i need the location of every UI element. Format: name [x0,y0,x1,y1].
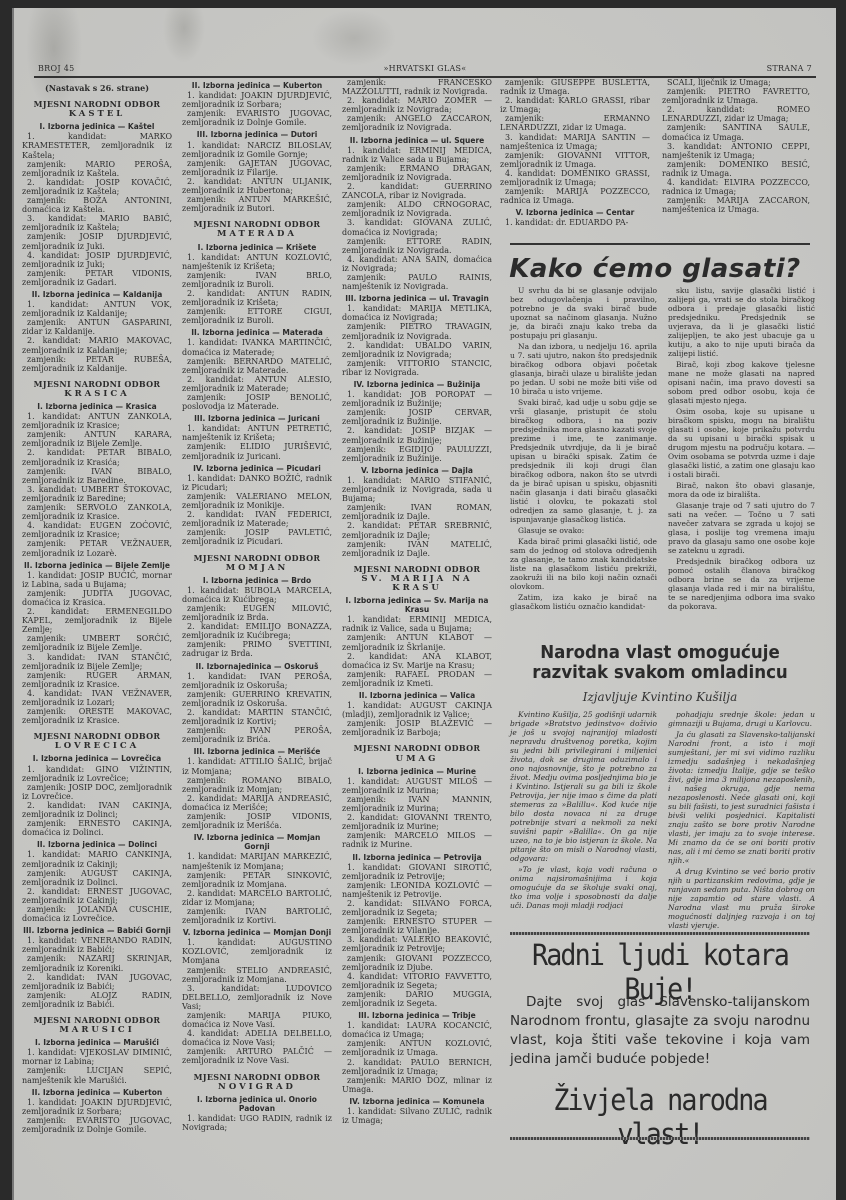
candidate-entry: zamjenik: ERMANO DRAGAN, zemljoradnik iz… [342,164,492,182]
candidate-entry: 1. kandidat: MARIJAN MARKEZIĆ, namješten… [182,852,332,870]
candidate-entry: 3. kandidat: VALERIO BEAKOVIĆ, zemljorad… [342,935,492,953]
subheadline-kvintino: Izjavljuje Kvintino Kušilja [505,690,815,704]
appeal-body: Dajte svoj glas Slavensko-talijanskom Na… [510,993,810,1069]
electoral-unit-heading: IV. Izborna jedinica — Bužinija [342,380,492,389]
candidate-entry: zamjenik: EVARISTO JUGOVAC, zemljoradnik… [182,109,332,127]
candidate-entry: 2. kandidat: KARLO GRASSI, ribar iz Umag… [500,96,650,114]
place-heading: MATERADA [182,230,332,239]
headline-kako-cemo-glasati: Kako ćemo glasati? [500,254,810,284]
place-heading: LOVRECICA [22,742,172,751]
candidate-entry: 1. kandidat: IVANKA MARTINČIĆ, domaćica … [182,338,332,356]
page-number: STRANA 7 [767,64,812,73]
candidate-entry: zamjenik: ROMANO BIBALO, zemljoradnik iz… [182,776,332,794]
electoral-unit-heading: I. Izborna jedinica — Lovrečica [22,754,172,763]
electoral-unit-heading: V. Izborna jedinica — Dajla [342,466,492,475]
candidate-entry: 1. kandidat: DANKO BOŽIĆ, radnik iz Picu… [182,474,332,492]
candidate-entry: 3. kandidat: MARIJA SANTIN — namještenic… [500,133,650,151]
electoral-unit-heading: III. Izborna jedinica — ul. Travagin [342,294,492,303]
article-paragraph: Birač, koji zbog kakove tjelesne mane ne… [668,360,815,405]
place-heading: NOVIGRAD [182,1083,332,1092]
candidate-entry: zamjenik: ETTORE CIGUI, zemljoradnik iz … [182,307,332,325]
article-paragraph: Ja ću glasati za Slavensko-talijanski Na… [668,730,815,865]
candidate-entry: 2. kandidat: PETAR BIBALO, zemljoradnik … [22,448,172,466]
candidate-entry: zamjenik: EVARISTO JUGOVAC, zemljoradnik… [22,1116,172,1134]
candidate-entry: zamjenik: ALDO CRNOGORAC, zemljoradnik i… [342,200,492,218]
article-paragraph: sku listu, savije glasački listić i zali… [668,286,815,358]
candidate-entry: 3. kandidat: LUDOVICO DELBELLO, zemljora… [182,984,332,1011]
committee-heading: MJESNI NARODNI ODBOR [182,554,332,563]
candidate-entry: 1. kandidat: MARIJA METLIKA, domaćica iz… [342,304,492,322]
candidate-entry: 2. kandidat: IVAN FEDERICI, zemljoradnik… [182,510,332,528]
candidate-entry: 1. kandidat: LAURA KOCANCIĆ, domaćica iz… [342,1021,492,1039]
electoral-unit-heading: IV. Izborna jedinica — Komunela [342,1097,492,1106]
candidate-entry: zamjenik: JOSIP DOC, zemljoradnik iz Lov… [22,783,172,801]
candidate-entry: zamjenik: GIUSEPPE BUSLETTA, radnik iz U… [500,78,650,96]
article-paragraph: U svrhu da bi se glasanje odvijalo bez o… [510,286,657,340]
article-paragraph: pohadjaju srednje škole: jedan u gimnazi… [668,710,815,728]
candidate-entry: 2. kandidat: JOSIP KOVAČIĆ, zemljoradnik… [22,178,172,196]
candidate-entry: zamjenik: ERNESTO CAKINJA, domaćica iz D… [22,819,172,837]
candidate-entry: 1. kandidat: ERMINIJ MEDICA, radnik iz V… [342,146,492,164]
candidate-entry: 4. kandidat: DOMENIKO GRASSI, zemljoradn… [500,169,650,187]
candidate-entry: zamjenik: IVAN MANNIN, zemljoradnik iz M… [342,795,492,813]
candidate-entry: 4. kandidat: IVAN VEŽNAVER, zemljoradnik… [22,689,172,707]
candidate-entry: 1. kandidat: NARCIZ BILOSLAV, zemljoradn… [182,141,332,159]
electoral-unit-heading: V. Izborna jedinica — Momjan Donji [182,928,332,937]
candidate-entry: zamjenik: IVAN MATELIĆ, zemljoradnik iz … [342,540,492,558]
candidate-entry: zamjenik: GUERRINO KREVATIN, zemljoradni… [182,690,332,708]
narodna-article-left: Kvintino Kušilja, 25 godišnji udarnik br… [510,710,657,912]
candidate-entry: zamjenik: PETAR VIDONIS, zemljoradnik iz… [22,269,172,287]
candidate-entry: zamjenik: SERVOLO ZANKOLA, zemljoradnik … [22,503,172,521]
electoral-unit-heading: III. Izborna jedinica — Dutori [182,130,332,139]
candidate-entry: 1. kandidat: BUBOLA MARCELA, domaćica iz… [182,586,332,604]
candidate-entry: 2. kandidat: PETAR SREBRNIĆ, zemljoradni… [342,521,492,539]
candidate-entry: zamjenik: BOŽA ANTONINI, domaćica iz Kaš… [22,196,172,214]
candidate-entry: 1. kandidat: ANTUN PETRETIĆ, namještenik… [182,424,332,442]
candidate-entry: zamjenik: LUCIJAN SEPIĆ, namještenik kle… [22,1066,172,1084]
candidate-entry: 1. kandidat: JOAKIN DJURDJEVIĆ, zemljora… [22,1098,172,1116]
candidate-entry: 2. kandidat: MARIO ZOMER — zemljoradnik … [342,96,492,114]
candidate-entry: zamjenik: JOSIP DJURDJEVIĆ, zemljoradnik… [22,232,172,250]
candidate-entry: zamjenik: MARIO PEROŠA, zemljoradnik iz … [22,160,172,178]
candidate-entry: 2. kandidat: PAULO BERNICH, zemljoradnik… [342,1058,492,1076]
appeal-closing: Živjela narodna vlast! [517,1083,802,1151]
candidate-entry: zamjenik: ETTORE RADIN, zemljoradnik iz … [342,237,492,255]
electoral-unit-heading: II. Izborna jedinica — Petrovija [342,853,492,862]
candidate-entry: zamjenik: ORESTE MAKOVAC, zemljoradnik i… [22,707,172,725]
electoral-unit-heading: IV. Izborna jedinica — Picudari [182,464,332,473]
candidate-entry: 4. kandidat: EUGEN ZOĆOVIĆ, zemljoradnik… [22,521,172,539]
continuation-note: (Nastavak s 26. strane) [22,84,172,93]
candidate-entry: zamjenik: STELIO ANDREASIĆ, zemljoradnik… [182,966,332,984]
candidate-entry: zamjenik: ELIDIO JURIŠEVIĆ, zemljoradnik… [182,442,332,460]
article-paragraph: Svaki birač, kad udje u sobu gdje se vrš… [510,398,657,524]
candidate-entry: 2. kandidat: IVAN JUGOVAC, zemljoradnik … [22,973,172,991]
candidate-entry: zamjenik: VITTORIO STANCIC, ribar iz Nov… [342,359,492,377]
candidate-entry: zamjenik: ANTUN MARKEŠIĆ, zemljoradnik i… [182,195,332,213]
committee-heading: MJESNI NARODNI ODBOR [22,100,172,109]
committee-heading: MJESNI NARODNI ODBOR [182,1073,332,1082]
electoral-unit-heading: I. Izborna jedinica — Murine [342,767,492,776]
candidate-entry: 1. kandidat: MARIO STIFANIĆ, zemljoradni… [342,476,492,503]
article-paragraph: Birač, nakon što obavi glasanje, mora da… [668,481,815,499]
candidate-entry: 2. kandidat: MARCELO BARTOLIĆ, zidar iz … [182,889,332,907]
candidate-entry: 1. kandidat: ANTUN ZANKOLA, zemljoradnik… [22,412,172,430]
electoral-unit-heading: I. Izborna jedinica — Sv. Marija na Kras… [342,596,492,614]
article-paragraph: Zatim, iza kako je birač na glasačkom li… [510,593,657,611]
candidate-entry: zamjenik: AUGUST CAKINJA, zemljoradnik i… [22,869,172,887]
committee-heading: MJESNI NARODNI ODBOR [342,744,492,753]
electoral-unit-heading: III. Izborna jedinica — Juricani [182,414,332,423]
candidate-entry: zamjenik: FRANCESKO MAZZOLUTTI, radnik i… [342,78,492,96]
candidate-entry: 4. kandidat: ELVIRA POZZECCO, radnica iz… [662,178,810,196]
candidate-entry: zamjenik: RUGER ARMAN, zemljoradnik iz K… [22,671,172,689]
candidate-entry: zamjenik: IVAN PEROŠA, zemljoradnik iz B… [182,726,332,744]
electoral-unit-heading: I. Izborna jedinica — Brdo [182,576,332,585]
candidate-entry: zamjenik: PETAR VEŽNAUER, zemljoradnik i… [22,539,172,557]
electoral-unit-heading: II. Izborna jedinica — Dolinci [22,840,172,849]
divider-dotted-top [510,932,810,935]
candidate-entry: 1. kandidat: IVAN PEROŠA, zemljoradnik i… [182,672,332,690]
candidate-entry: 2. kandidat: UBALDO VARIN, zemljoradnik … [342,341,492,359]
candidate-entry: zamjenik: DARIO MUGGIA, zemljoradnik iz … [342,990,492,1008]
electoral-unit-heading: III. Izborna jedinica — Babići Gornji [22,926,172,935]
candidate-entry: 1. kandidat: MARKO KRAMESTETER, zemljora… [22,132,172,159]
candidate-entry: 1. kandidat: AUGUST CAKINJA (mladji), ze… [342,701,492,719]
candidate-entry: zamjenik: JOSIP BENOLIĆ, poslovodja iz M… [182,393,332,411]
candidate-entry: zamjenik: LEONIDA KOZLOVIĆ — namještenik… [342,881,492,899]
committee-heading: MJESNI NARODNI ODBOR [182,220,332,229]
committee-heading: MJESNI NARODNI ODBOR [342,565,492,574]
electoral-unit-heading: I. Izborna jedinica ul. Onorio Padovan [182,1095,332,1113]
candidate-entry: zamjenik: NAZARIJ SKRINJAR, zemljoradnik… [22,954,172,972]
candidate-entry: zamjenik: MARIO DOZ, mlinar iz Umaga. [342,1076,492,1094]
candidate-entry: zamjenik: JUDITA JUGOVAC, domaćica iz Kr… [22,589,172,607]
candidate-entry: zamjenik: ARTURO PALČIĆ — zemljoradnik i… [182,1047,332,1065]
candidate-entry: zamjenik: PIETRO FAVRETTO, zemljoradnik … [662,87,810,105]
candidate-entry: zamjenik: PETAR RUBEŠA, zemljoradnik iz … [22,355,172,373]
electoral-unit-heading: II. Izborna jedinica — Valica [342,691,492,700]
kako-article-right: sku listu, savije glasački listić i zali… [668,286,815,613]
electoral-unit-heading: II. Izborna jedinica — Kuberton [182,81,332,90]
candidate-entry: 2. kandidat: GUERRINO ZANCOLA, ribar iz … [342,182,492,200]
candidate-entry: zamjenik: MARIJA POZZECCO, radnica iz Um… [500,187,650,205]
electoral-unit-heading: II. Izborna jedinica — Bijele Zemlje [22,561,172,570]
candidate-entry: 2. kandidat: GIOVANNI TRENTO, zemljoradn… [342,813,492,831]
candidate-entry: 1. kandidat: Silvano ZULIĆ, radnik iz Um… [342,1107,492,1125]
candidate-entry: 1. kandidat: GIOVANI SIROTIĆ, zemljoradn… [342,863,492,881]
article-paragraph: Kada birač primi glasački listić, ode sa… [510,537,657,591]
candidate-entry: zamjenik: PETAR SINKOVIĆ, zemljoradnik i… [182,871,332,889]
candidate-entry: zamjenik: GAJETAN JUGOVAC, zemljoradnik … [182,159,332,177]
candidate-entry: 2. kandidat: EMILIJO BONAZZA, zemljoradn… [182,622,332,640]
electoral-unit-heading: I. Izborna jedinica — Kaštel [22,122,172,131]
candidate-entry: zamjenik: PIETRO TRAVAGIN, zemljoradnik … [342,322,492,340]
candidate-entry: zamjenik: ANGELO ZACCARON, zemljoradnik … [342,114,492,132]
candidate-entry: 2. kandidat: JOSIP BIZJAK — zemljoradnik… [342,426,492,444]
candidate-entry: 2. kandidat: MARIO MAKOVAC, zemljoradnik… [22,336,172,354]
candidate-entry: zamjenik: SANTINA SAULE, domaćica iz Uma… [662,123,810,141]
article-paragraph: Predsjednik biračkog odbora uz pomoć ost… [668,557,815,611]
candidate-entry: zamjenik: JOSIP BLAŽEVIĆ — zemljoradnik … [342,719,492,737]
candidate-entry: zamjenik: GIOVANNI VITTOR, zemljoradnik … [500,151,650,169]
candidate-entry: 1. kandidat: AUGUSTINO KOZLOVIĆ, zemljor… [182,938,332,965]
candidate-entry: 3. kandidat: GIOVANA ZULIĆ, domaćica iz … [342,218,492,236]
electoral-unit-heading: II. Izborna jedinica — ul. Squere [342,136,492,145]
candidate-entry: zamjenik: ANTUN KOZLOVIĆ, zemljoradnik i… [342,1039,492,1057]
electoral-unit-heading: V. Izborna jedinica — Centar [500,208,650,217]
candidate-entry: zamjenik: MARIJA ZACCARON, namještenica … [662,196,810,214]
candidate-entry: zamjenik: PRIMO SVETTINI, zadrugar iz Br… [182,640,332,658]
electoral-unit-heading: III. Izborna jedinica — Tribje [342,1011,492,1020]
candidate-entry: 3. kandidat: ANTONIO CEPPI, namještenik … [662,142,810,160]
candidate-entry: 2. kandidat: ANTUN ALESIO, zemljoradnik … [182,375,332,393]
candidate-entry: 1. kandidat: ERMINIJ MEDICA, radnik iz V… [342,615,492,633]
article-paragraph: Kvintino Kušilja, 25 godišnji udarnik br… [510,710,657,863]
candidate-entry: 1. kandidat: ANTUN KOZLOVIĆ, namještenik… [182,253,332,271]
electoral-unit-heading: II. Izborna jedinica — Kuberton [22,1088,172,1097]
candidate-entry: zamjenik: RAFAEL PRODAN — zemljoradnik i… [342,670,492,688]
candidate-entry: 2. kandidat: ANTUN RADIN, zemljoradnik i… [182,289,332,307]
candidate-entry: zamjenik: VALERIANO MELON, zemljoradnik … [182,492,332,510]
kako-article-left: U svrhu da bi se glasanje odvijalo bez o… [510,286,657,613]
candidate-entry: 4. kandidat: VITORIO FAVVETTO, zemljorad… [342,972,492,990]
electoral-unit-heading: II. Izbornajedinica — Oskoruš [182,662,332,671]
page-header: BROJ 45 »HRVATSKI GLAS« STRANA 7 [34,60,816,78]
candidate-entry: 2. kandidat: ERNEST JUGOVAC, zemljoradni… [22,887,172,905]
candidate-entry: zamjenik: ALOJZ RADIN, zemljoradnik iz B… [22,991,172,1009]
candidate-entry: 4. kandidat: ANA SAIN, domaćica iz Novig… [342,255,492,273]
candidate-entry: zamjenik: MARIJA PIUKO, domaćica iz Nove… [182,1011,332,1029]
candidate-entry: 1. kandidat: GINO VIŽINTIN, zemljoradnik… [22,765,172,783]
candidate-entry: zamjenik: ANTUN GASPARINI, zidar iz Kald… [22,318,172,336]
candidate-entry: 2. kandidat: MARIJA ANDREASIĆ, domaćica … [182,794,332,812]
candidate-entry: 1. kandidat: JOSIP BUĆIĆ, mornar iz Labi… [22,571,172,589]
article-paragraph: Osim osoba, koje su upisane u biračkom s… [668,407,815,479]
narodna-article-right: pohadjaju srednje škole: jedan u gimnazi… [668,710,815,932]
column-3: zamjenik: FRANCESKO MAZZOLUTTI, radnik i… [342,78,492,1125]
article-paragraph: »To je vlast, koja vodi računa o onima n… [510,865,657,910]
candidate-entry: zamjenik: IVAN BRLO, zemljoradnik iz Bur… [182,271,332,289]
electoral-unit-heading: II. Izborna jedinica — Materada [182,328,332,337]
candidate-entry: 3. kandidat: MARIO BABIĆ, zemljoradnik i… [22,214,172,232]
candidate-entry: zamjenik: IVAN BIBALO, zemljoradnik iz B… [22,467,172,485]
candidate-entry: zamjenik: PAULO RAINIS, namještenik iz N… [342,273,492,291]
place-heading: MARUSICI [22,1026,172,1035]
article-paragraph: Glasuje se ovako: [510,526,657,535]
candidate-entry: SCALI, liječnik iz Umaga; [662,78,810,87]
candidate-entry: zamjenik: JOSIP CERVAR, zemljoradnik iz … [342,408,492,426]
candidate-entry: 3. kandidat: UMBERT ŠTOKOVAC, zemljoradn… [22,485,172,503]
place-heading: SV. MARIJA NA KRASU [342,575,492,593]
candidate-entry: 4. kandidat: ADELIA DELBELLO, domaćica i… [182,1029,332,1047]
electoral-unit-heading: IV. Izborna jedinica — Momjan Gornji [182,833,332,851]
candidate-entry: zamjenik: ERNESTO STUPER — zemljoradnik … [342,917,492,935]
headline-narodna-vlast: Narodna vlast omogućuje razvitak svakom … [513,643,808,683]
candidate-entry: 1. kandidat: ANTUN VOK, zemljoradnik iz … [22,300,172,318]
electoral-unit-heading: III. Izborna jedinica — Merišće [182,747,332,756]
appeal-text: Dajte svoj glas Slavensko-talijanskom Na… [510,993,810,1069]
candidate-entry: zamjenik: ANTUN KLABOT — zemljoradnik iz… [342,633,492,651]
candidate-entry: zamjenik: ANTUN KARARA, zemljoradnik iz … [22,430,172,448]
candidate-entry: zamjenik: IVAN BARTOLIĆ, zemljoradnik iz… [182,907,332,925]
candidate-entry: 2. kandidat: ANTUN ULJANIK, zemljoradnik… [182,177,332,195]
committee-heading: MJESNI NARODNI ODBOR [22,1016,172,1025]
candidate-entry: zamjenik: JOSIP PAVLETIĆ, zemljoradnik i… [182,528,332,546]
candidate-entry: 2. kandidat: ERMENEGILDO KAPEL, zemljora… [22,607,172,634]
article-paragraph: Glasanje traje od 7 sati ujutro do 7 sat… [668,501,815,555]
newspaper-title: »HRVATSKI GLAS« [34,64,816,73]
candidate-entry: zamjenik: UMBERT SORĆIĆ, zemljoradnik iz… [22,634,172,652]
candidate-entry: zamjenik: IVAN ROMAN, zemljoradnik iz Da… [342,503,492,521]
candidate-entry: zamjenik: JOLANDA CUSCHIE, domaćica iz L… [22,905,172,923]
candidate-entry: zamjenik: ERMANNO LENARDUZZI, zidar iz U… [500,114,650,132]
place-heading: KASTEL [22,110,172,119]
electoral-unit-heading: I. Izborna jedinica — Marušići [22,1038,172,1047]
candidate-entry: 2. kandidat: ANA KLABOT, domaćica iz Sv.… [342,652,492,670]
candidate-entry: zamjenik: MARCELO MILOS — radnik iz Muri… [342,831,492,849]
candidate-entry: zamjenik: JOSIP VIDONIS, zemljoradnik iz… [182,812,332,830]
candidate-entry: 2. kandidat: SILVANO FORCA, zemljoradnik… [342,899,492,917]
divider-dotted-bottom [510,1137,810,1140]
divider-rule [510,243,810,245]
place-heading: KRASICA [22,390,172,399]
candidate-entry: 2. kandidat: MARTIN STANČIĆ, zemljoradni… [182,708,332,726]
article-paragraph: A drug Kvintino se već borio protiv njih… [668,867,815,930]
electoral-unit-heading: II. Izborna jedinica — Kaldanija [22,290,172,299]
candidate-entry: zamjenik: GIOVANI POZZECCO, zemljoradnik… [342,954,492,972]
column-2: II. Izborna jedinica — Kuberton1. kandid… [182,78,332,1132]
candidate-entry: zamjenik: BERNARDO MATELIĆ, zemljoradnik… [182,357,332,375]
column-5: SCALI, liječnik iz Umaga;zamjenik: PIETR… [662,78,810,214]
candidate-entry: 1. kandidat: JOB POROPAT — zemljoradnik … [342,390,492,408]
candidate-entry: zamjenik: EGIDIJO PAULUZZI, zemljoradnik… [342,445,492,463]
article-paragraph: Na dan izbora, u nedjelju 16. aprila u 7… [510,342,657,396]
candidate-entry: 1. kandidat: ATTILIO ŠALIĆ, brijač iz Mo… [182,757,332,775]
candidate-entry: 1. kandidat: dr. EDUARDO PA- [500,218,650,227]
candidate-entry: 1. kandidat: VENERANDO RADIN, zemljoradn… [22,936,172,954]
candidate-entry: 1. kandidat: UGO RADIN, radnik iz Novigr… [182,1114,332,1132]
candidate-entry: 4. kandidat: JOSIP DJURDJEVIĆ, zemljorad… [22,251,172,269]
candidate-entry: 1. kandidat: AUGUST MILOŠ — zemljoradnik… [342,777,492,795]
candidate-entry: 1. kandidat: JOAKIN DJURDJEVIĆ, zemljora… [182,91,332,109]
candidate-entry: 1. kandidat: VJEKOSLAV DIMINIĆ, mornar i… [22,1048,172,1066]
candidate-entry: zamjenik: DOMENIKO BESIĆ, radnik iz Umag… [662,160,810,178]
candidate-entry: 1. kandidat: MARIO CANKINJA, zemljoradni… [22,850,172,868]
committee-heading: MJESNI NARODNI ODBOR [22,380,172,389]
candidate-entry: zamjenik: EUGEN MILOVIĆ, zemljoradnik iz… [182,604,332,622]
column-1: (Nastavak s 26. strane)MJESNI NARODNI OD… [22,78,172,1134]
electoral-unit-heading: I. Izborna jedinica — Krišete [182,243,332,252]
committee-heading: MJESNI NARODNI ODBOR [22,732,172,741]
candidate-entry: 2. kandidat: IVAN CAKINJA, zemljoradnik … [22,801,172,819]
column-4: zamjenik: GIUSEPPE BUSLETTA, radnik iz U… [500,78,650,228]
candidate-entry: 3. kandidat: IVAN STANČIĆ, zemljoradnik … [22,653,172,671]
place-heading: UMAG [342,755,492,764]
electoral-unit-heading: I. Izborna jedinica — Krasica [22,402,172,411]
place-heading: MOMJAN [182,564,332,573]
candidate-entry: 2. kandidat: ROMEO LENARDUZZI, zidar iz … [662,105,810,123]
